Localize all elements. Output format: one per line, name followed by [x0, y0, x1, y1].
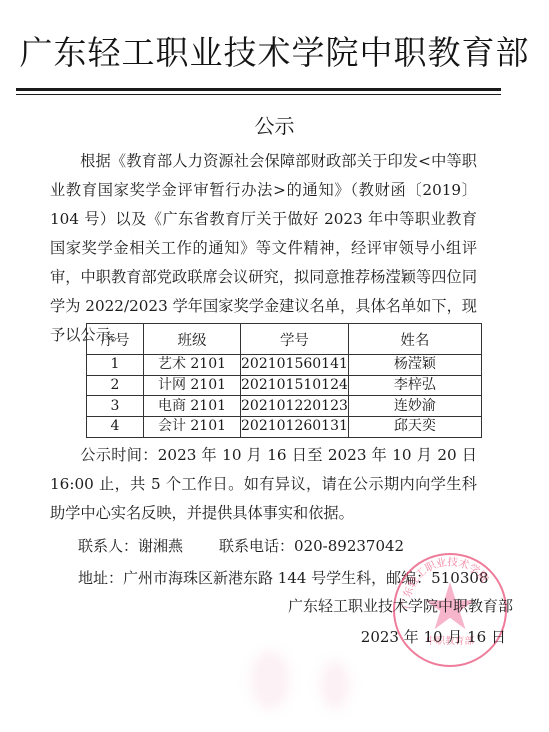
header-divider-thick	[16, 88, 501, 91]
address-label: 地址：	[78, 569, 123, 587]
contact-info: 联系人：谢湘燕联系电话：020-89237042	[78, 535, 404, 557]
header-class: 班级	[144, 324, 241, 355]
table-row: 4 会计 2101 202101260131 邱天奕	[87, 417, 482, 438]
publicity-period-paragraph: 公示时间：2023 年 10 月 16 日至 2023 年 10 月 20 日 …	[50, 441, 477, 528]
header-name: 姓名	[348, 324, 481, 355]
cell-student-id: 202101220123	[241, 396, 349, 417]
cell-student-id: 202101510124	[241, 375, 349, 396]
cell-name: 杨滢颖	[348, 355, 481, 376]
document-title: 公示	[0, 112, 549, 140]
table-row: 2 计网 2101 202101510124 李梓弘	[87, 375, 482, 396]
header-index: 序号	[87, 324, 144, 355]
cell-name: 邱天奕	[348, 417, 481, 438]
cell-name: 连妙渝	[348, 396, 481, 417]
scan-smudge	[250, 650, 290, 710]
paragraph-text: 公示时间：2023 年 10 月 16 日至 2023 年 10 月 20 日 …	[50, 446, 477, 522]
signature-organization: 广东轻工职业技术学院中职教育部	[288, 595, 506, 617]
cell-student-id: 202101560141	[241, 355, 349, 376]
cell-index: 4	[87, 417, 144, 438]
signature-date: 2023 年 10 月 16 日	[360, 626, 506, 648]
table-row: 1 艺术 2101 202101560141 杨滢颖	[87, 355, 482, 376]
contact-person-label: 联系人：	[78, 537, 138, 555]
table-header-row: 序号 班级 学号 姓名	[87, 324, 482, 355]
header-divider-thin	[16, 94, 501, 95]
header-student-id: 学号	[241, 324, 349, 355]
cell-class: 艺术 2101	[144, 355, 241, 376]
cell-class: 计网 2101	[144, 375, 241, 396]
cell-index: 3	[87, 396, 144, 417]
organization-header: 广东轻工职业技术学院中职教育部	[0, 33, 549, 73]
scholarship-table: 序号 班级 学号 姓名 1 艺术 2101 202101560141 杨滢颖 2…	[86, 323, 482, 438]
scan-smudge	[320, 660, 350, 710]
announcement-paragraph: 根据《教育部人力资源社会保障部财政部关于印发<中等职业教育国家奖学金评审暂行办法…	[50, 147, 477, 350]
contact-phone-label: 联系电话：	[219, 537, 294, 555]
cell-class: 会计 2101	[144, 417, 241, 438]
contact-person: 谢湘燕	[138, 537, 183, 555]
document-page: 广东轻工职业技术学院中职教育部 公示 根据《教育部人力资源社会保障部财政部关于印…	[0, 0, 549, 732]
cell-student-id: 202101260131	[241, 417, 349, 438]
contact-phone: 020-89237042	[294, 537, 404, 555]
cell-class: 电商 2101	[144, 396, 241, 417]
cell-name: 李梓弘	[348, 375, 481, 396]
table-row: 3 电商 2101 202101220123 连妙渝	[87, 396, 482, 417]
paragraph-text: 根据《教育部人力资源社会保障部财政部关于印发<中等职业教育国家奖学金评审暂行办法…	[50, 152, 477, 344]
cell-index: 2	[87, 375, 144, 396]
cell-index: 1	[87, 355, 144, 376]
